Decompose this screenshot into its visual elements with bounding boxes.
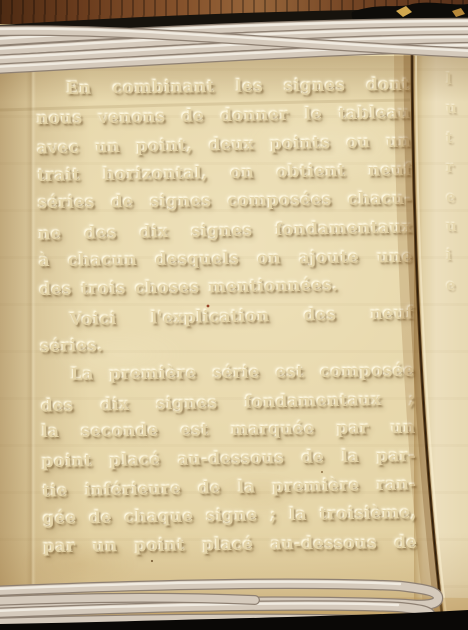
paper-speck bbox=[207, 305, 210, 308]
paper-speck bbox=[151, 560, 153, 562]
scene-decoration bbox=[0, 0, 468, 630]
paper-speck bbox=[321, 471, 323, 473]
book-photo: lutreuie En combinant les signes dontnou… bbox=[0, 0, 468, 630]
paper-crease-line bbox=[0, 100, 410, 110]
